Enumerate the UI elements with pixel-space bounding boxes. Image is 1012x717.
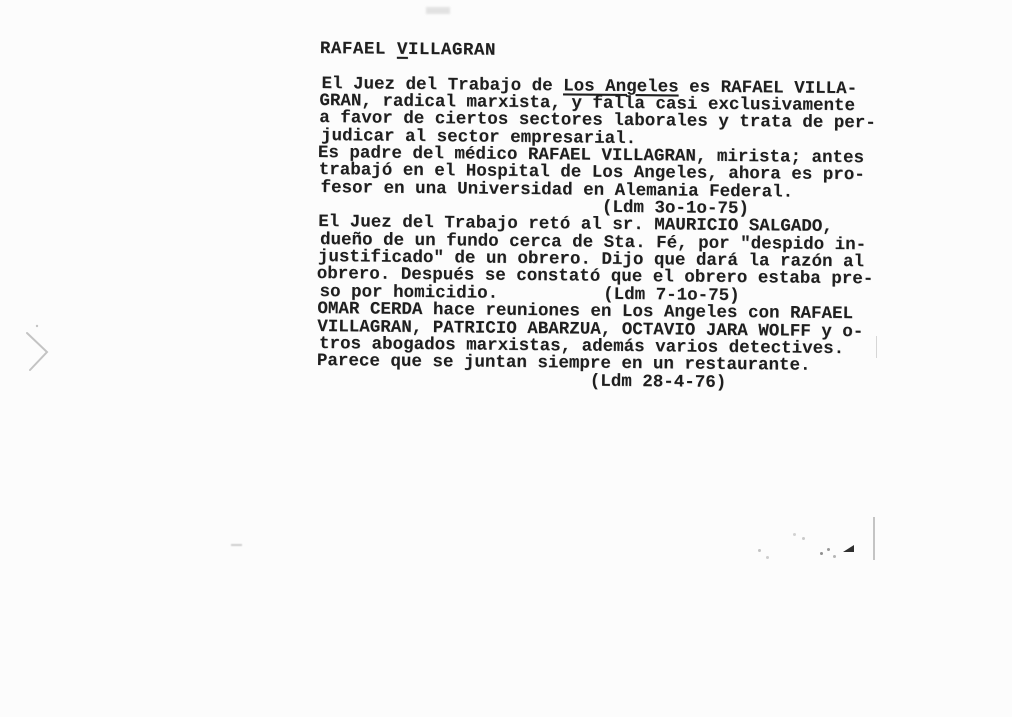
scan-edge-line: [873, 517, 875, 560]
pencil-check-mark: [22, 324, 56, 376]
scan-speck: [833, 555, 836, 558]
scan-edge-line: [876, 336, 877, 358]
scan-speck: [820, 552, 823, 555]
text-segment: (Ldm 28-4-76): [317, 369, 727, 393]
underlined-text: V: [397, 40, 408, 60]
scanned-document-page: RAFAEL VILLAGRAN El Juez del Trabajo de …: [0, 0, 1012, 717]
typewritten-text: RAFAEL VILLAGRAN El Juez del Trabajo de …: [317, 41, 877, 393]
pencil-arrow-mark: [843, 545, 854, 552]
scan-speck: [827, 548, 830, 551]
scan-speck: [802, 537, 805, 540]
text-segment: ILLAGRAN: [408, 40, 496, 61]
scan-dash-artifact: [231, 544, 242, 546]
scan-speck: [766, 556, 769, 559]
scan-speck: [758, 549, 761, 552]
scan-smudge: [426, 7, 450, 14]
text-segment: RAFAEL: [320, 39, 397, 60]
scan-speck: [793, 533, 796, 536]
